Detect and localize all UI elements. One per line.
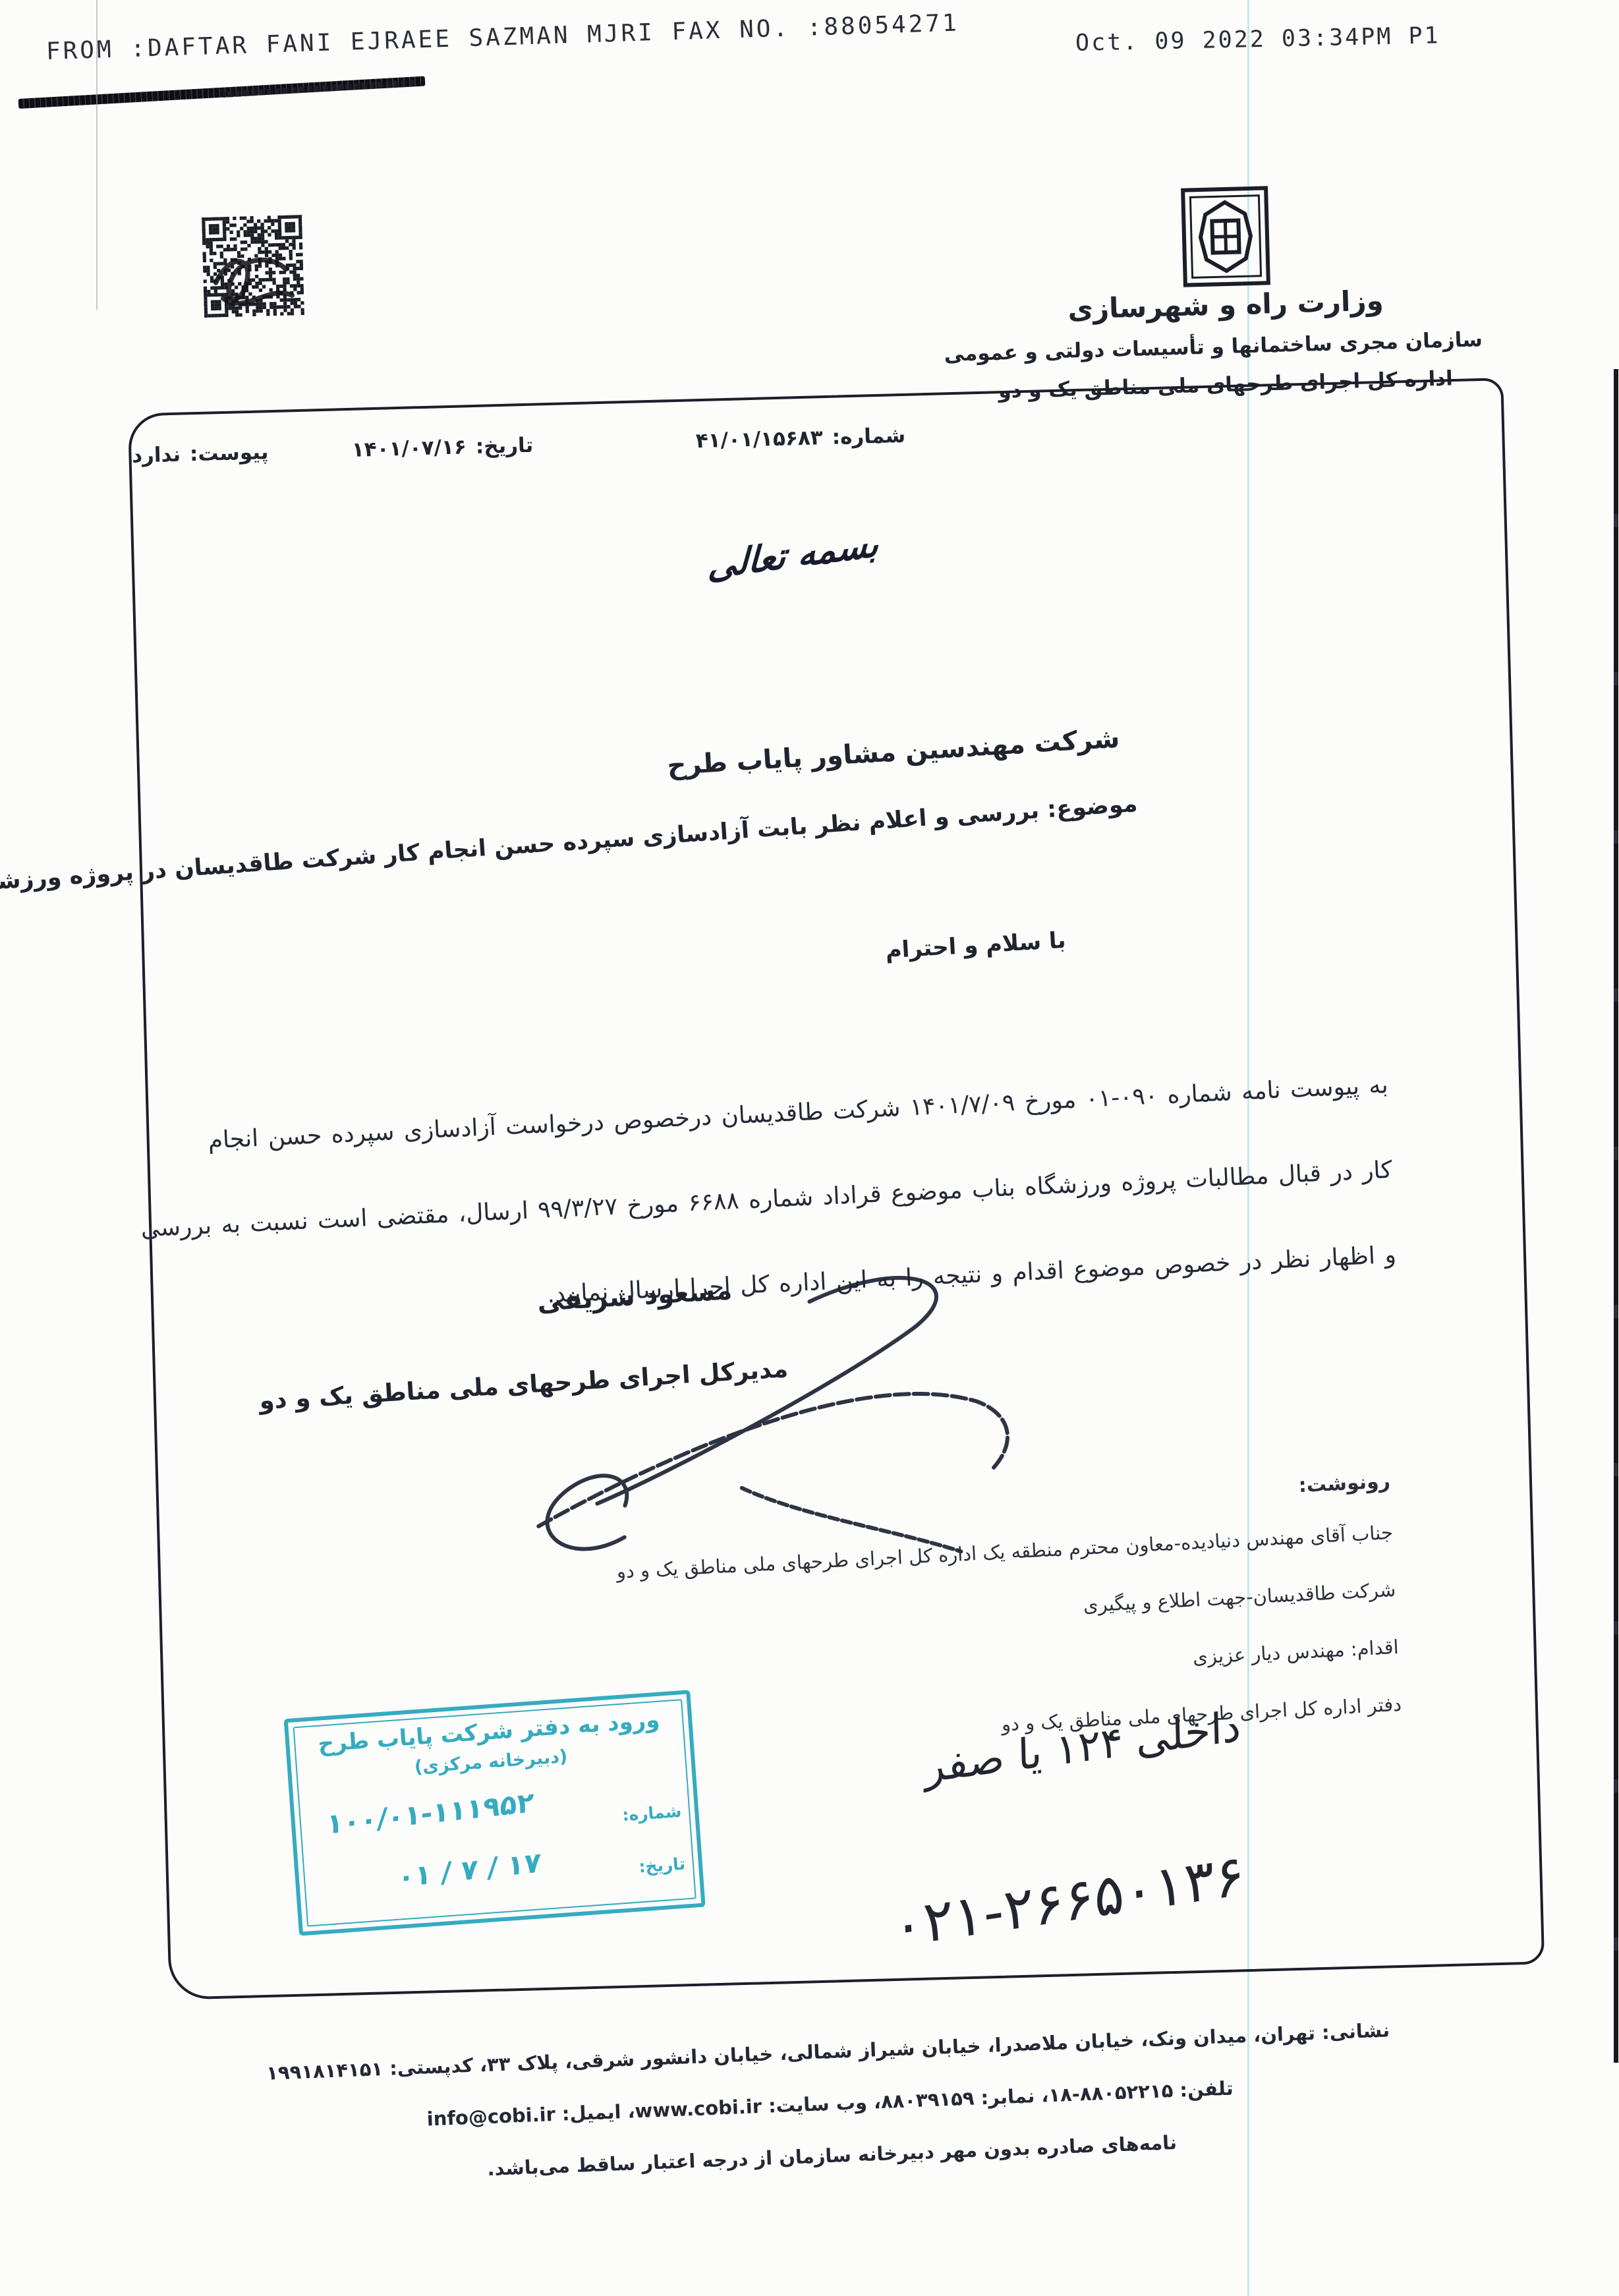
ink-smudge [18,76,426,109]
addressee-line: شرکت مهندسین مشاور پایاب طرح [666,724,1120,782]
subject-line: موضوع: بررسی و اعلام نظر بابت آزادسازی س… [0,791,1138,901]
stamp-date-label: تاریخ: [638,1854,685,1876]
meta-attachment: پیوست:ندارد [123,440,269,468]
fax-timestamp: Oct. 09 2022 03:34PM P1 [1075,22,1440,57]
meta-number-label: شماره: [832,424,905,449]
meta-attachment-label: پیوست: [190,440,269,466]
letterhead-ministry: وزارت راه و شهرسازی [968,281,1483,328]
salutation-line: با سلام و احترام [884,927,1066,964]
scan-edge-streak [1614,369,1618,2063]
meta-number-value: ۴۱/۰۱/۱۵۶۸۳ [695,426,823,453]
letterhead-organization: سازمان مجری ساختمانها و تأسیسات دولتی و … [969,328,1483,366]
meta-number: شماره:۴۱/۰۱/۱۵۶۸۳ [686,424,905,453]
entry-stamp: ورود به دفتر شرکت پایاب طرح (دبیرخانه مر… [284,1690,706,1936]
meta-date-label: تاریخ: [475,434,533,459]
footer: نشانی: تهران، میدان ونک، خیابان ملاصدرا،… [202,2007,1459,2212]
meta-attachment-value: ندارد [132,443,181,468]
scan-artifact-line-grey [96,0,98,310]
qr-code [202,215,304,318]
fax-from-line: FROM :DAFTAR FANI EJRAEE SAZMAN MJRI FAX… [45,9,959,65]
letter-frame: شماره:۴۱/۰۱/۱۵۶۸۳ تاریخ:۱۴۰۱/۰۷/۱۶ پیوست… [128,378,1545,2000]
bismillah-calligraphy: بسمه تعالی [695,521,892,588]
handwritten-phone: ۰۲۱-۲۶۶۵۰۱۳۶ [891,1842,1246,1961]
meta-date-value: ۱۴۰۱/۰۷/۱۶ [351,435,467,462]
ministry-emblem-icon [1180,185,1271,287]
scanned-fax-page: { "fax_header": { "from_line": "FROM :DA… [0,0,1619,2296]
meta-date: تاریخ:۱۴۰۱/۰۷/۱۶ [342,434,533,463]
